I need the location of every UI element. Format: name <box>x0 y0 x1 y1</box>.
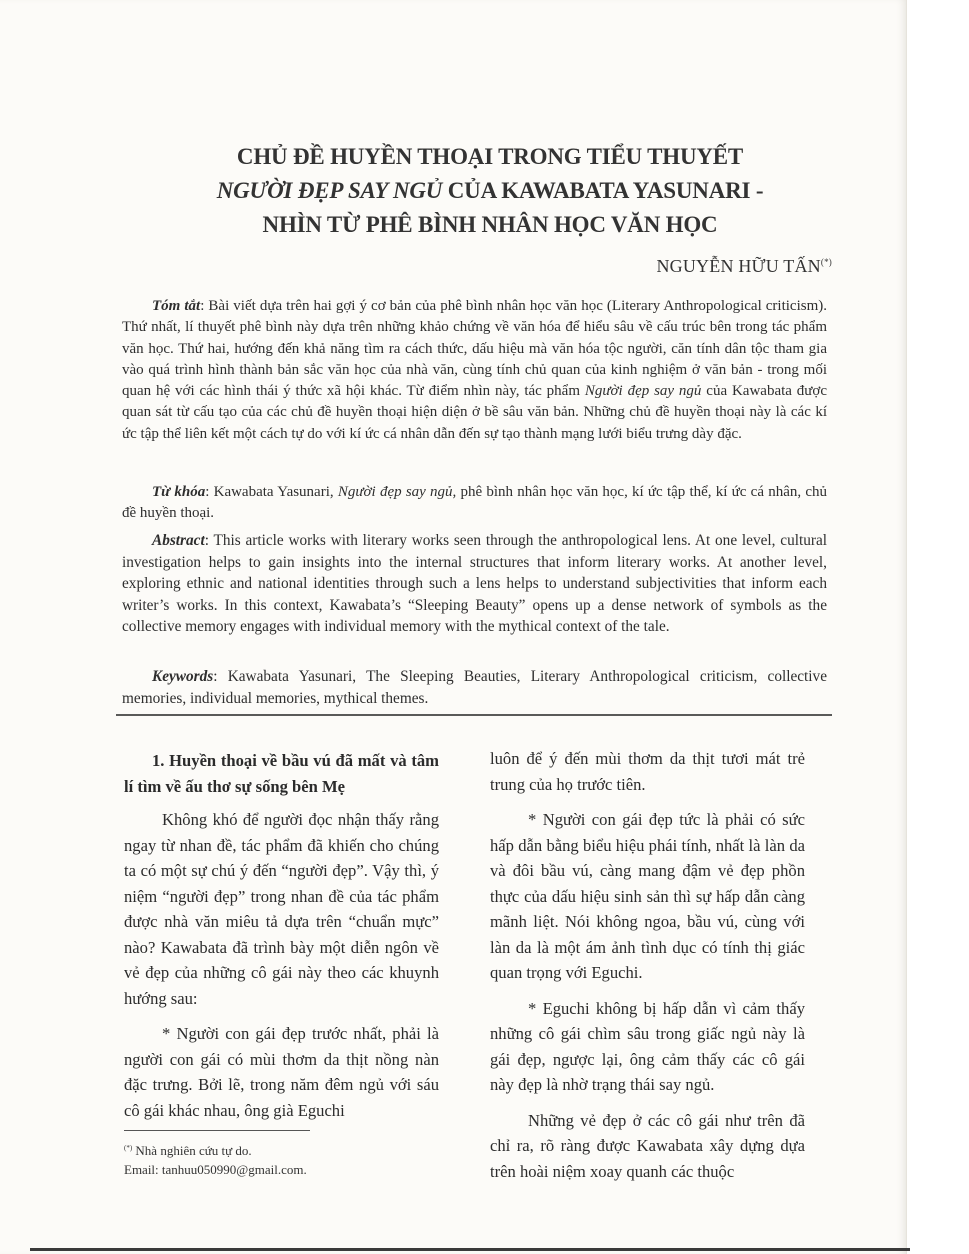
summary-label: Tóm tắt <box>152 298 200 314</box>
body-paragraph: * Người con gái đẹp trước nhất, phải là … <box>124 1021 439 1123</box>
keywords-vi: Từ khóa: Kawabata Yasunari, Người đẹp sa… <box>122 482 827 525</box>
title-line-1: CHỦ ĐỀ HUYỀN THOẠI TRONG TIỂU THUYẾT <box>120 140 860 174</box>
section-divider <box>116 714 832 716</box>
abstract-label: Abstract <box>152 532 205 549</box>
footnote-divider <box>124 1130 310 1131</box>
title-line-2: NGƯỜI ĐẸP SAY NGỦ CỦA KAWABATA YASUNARI … <box>120 174 860 208</box>
abstract-en: Abstract: This article works with litera… <box>122 530 827 638</box>
keywords-vi-label: Từ khóa <box>152 484 205 500</box>
keywords-vi-text-1: : Kawabata Yasunari, <box>205 484 338 500</box>
summary-vi: Tóm tắt: Bài viết dựa trên hai gợi ý cơ … <box>122 296 827 445</box>
footnote-mark: (*) <box>124 1144 132 1152</box>
page-bottom-edge <box>30 1248 910 1251</box>
title-line-3: NHÌN TỪ PHÊ BÌNH NHÂN HỌC VĂN HỌC <box>120 208 860 242</box>
author-name: NGUYỄN HỮU TẤN(*) <box>656 256 832 277</box>
document-page: CHỦ ĐỀ HUYỀN THOẠI TRONG TIỂU THUYẾT NGƯ… <box>0 0 907 1254</box>
keywords-en: Keywords: Kawabata Yasunari, The Sleepin… <box>122 666 827 709</box>
body-column-left: 1. Huyền thoại về bầu vú đã mất và tâm l… <box>124 748 439 1133</box>
footnote: (*) Nhà nghiên cứu tự do. Email: tanhuu0… <box>124 1139 307 1179</box>
title-line-2-rest: CỦA KAWABATA YASUNARI - <box>442 178 763 203</box>
abstract-text: : This article works with literary works… <box>122 532 827 635</box>
footnote-affiliation-text: Nhà nghiên cứu tự do. <box>132 1143 252 1158</box>
body-paragraph-continuation: luôn để ý đến mùi thơm da thịt tươi mát … <box>490 746 805 797</box>
footnote-affiliation: (*) Nhà nghiên cứu tự do. <box>124 1139 307 1160</box>
footnote-email: Email: tanhuu050990@gmail.com. <box>124 1160 307 1179</box>
body-column-right: luôn để ý đến mùi thơm da thịt tươi mát … <box>490 746 805 1194</box>
article-title: CHỦ ĐỀ HUYỀN THOẠI TRONG TIỂU THUYẾT NGƯ… <box>120 140 860 242</box>
author-footnote-mark: (*) <box>821 257 832 267</box>
body-paragraph: Không khó để người đọc nhận thấy rằng ng… <box>124 807 439 1011</box>
title-book-name: NGƯỜI ĐẸP SAY NGỦ <box>217 178 443 203</box>
author-text: NGUYỄN HỮU TẤN <box>656 256 820 276</box>
section-heading: 1. Huyền thoại về bầu vú đã mất và tâm l… <box>124 748 439 799</box>
keywords-en-label: Keywords <box>152 668 213 685</box>
body-paragraph: * Eguchi không bị hấp dẫn vì cảm thấy nh… <box>490 996 805 1098</box>
keywords-en-text: : Kawabata Yasunari, The Sleeping Beauti… <box>122 668 827 707</box>
summary-book-title: Người đẹp say ngủ <box>585 383 702 399</box>
body-paragraph: * Người con gái đẹp tức là phải có sức h… <box>490 807 805 986</box>
body-paragraph: Những vẻ đẹp ở các cô gái như trên đã ch… <box>490 1108 805 1185</box>
keywords-vi-book-title: Người đẹp say ngủ, <box>338 484 456 500</box>
